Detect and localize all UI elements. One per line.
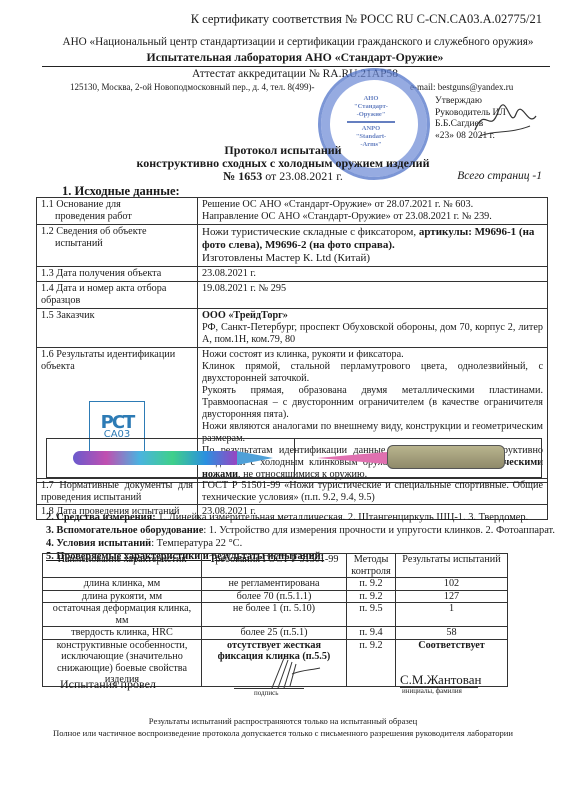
section-2-text: 1. Линейка измерительная металлическая. … [156, 512, 529, 523]
label-text: 1.1 Основание для [41, 199, 121, 210]
section-3-heading: 3. Вспомогательное оборудование [46, 525, 203, 536]
cell-requirement: более 25 (п.5.1) [202, 627, 347, 640]
section-3-text: : 1. Устройство для измерения прочности … [203, 525, 555, 536]
cell-result: 58 [396, 627, 508, 640]
customer-address: РФ, Санкт-Петербург, проспект Обуховской… [202, 322, 543, 346]
cell-requirement: не регламентирована [202, 578, 347, 591]
cell-method: п. 9.2 [347, 639, 396, 686]
customer-name: ООО «ТрейдТорг» [202, 310, 288, 321]
row-value: 23.08.2021 г. [198, 267, 548, 282]
identification-paragraph: Клинок прямой, стальной перламутрового ц… [202, 361, 543, 385]
label-text: 1.2 Сведения об объекте [41, 226, 146, 237]
name-caption: инициалы, фамилия [402, 687, 462, 695]
row-label: 1.3 Дата получения объекта [37, 267, 198, 282]
tested-by-label: Испытания провел [60, 677, 156, 692]
identification-paragraph: Рукоять прямая, образована двумя металли… [202, 385, 543, 421]
footer-note: Результаты испытаний распространяются то… [0, 716, 566, 726]
label-text: проведения работ [41, 211, 193, 223]
laboratory-name: Испытательная лаборатория АНО «Стандарт-… [40, 50, 550, 65]
row-label: 1.1 Основание для проведения работ [37, 198, 198, 225]
row-label: 1.2 Сведения об объекте испытаний [37, 225, 198, 267]
label-text: 1.6 Результаты идентификации объекта [41, 349, 193, 373]
row-value: 19.08.2021 г. № 295 [198, 282, 548, 309]
row-label: 1.4 Дата и номер акта отбора образцов [37, 282, 198, 309]
column-header: Наименование характеристик [43, 554, 202, 578]
section-4-heading: 4. Условия испытаний [46, 538, 151, 549]
table-row: 1.1 Основание для проведения работ Решен… [37, 198, 548, 225]
table-row: 1.7 Нормативные документы для проведения… [37, 479, 548, 505]
column-header: Результаты испытаний [396, 554, 508, 578]
identification-paragraph: Ножи состоят из клинка, рукояти и фиксат… [202, 349, 543, 361]
cell-method: п. 9.2 [347, 578, 396, 591]
footer-note: Полное или частичное воспроизведение про… [0, 728, 566, 738]
row-value: ООО «ТрейдТорг» РФ, Санкт-Петербург, про… [198, 309, 548, 348]
table-row: длина рукояти, мм более 70 (п.5.1.1) п. … [43, 590, 508, 603]
stamp-line: -Оружие" [347, 111, 395, 119]
header-divider [42, 66, 550, 67]
photo-knife-m9696-2 [294, 439, 542, 477]
stamp-line: "Standart- [347, 133, 395, 141]
table-row: 1.3 Дата получения объекта 23.08.2021 г. [37, 267, 548, 282]
table-row: 1.2 Сведения об объекте испытаний Ножи т… [37, 225, 548, 267]
column-header: Методы контроля [347, 554, 396, 578]
email: e-mail: bestguns@yandex.ru [410, 82, 513, 92]
column-header: Требования ГОСТ Р 51501-99 [202, 554, 347, 578]
table-row: остаточная деформация клинка, мм не боле… [43, 603, 508, 627]
knife-handle-icon [387, 445, 505, 469]
cell-name: твердость клинка, HRC [43, 627, 202, 640]
value-text: Решение ОС АНО «Стандарт-Оружие» от 28.0… [202, 199, 543, 211]
row-label: 1.5 Заказчик [37, 309, 198, 348]
cell-requirement: не более 1 (п. 5.10) [202, 603, 347, 627]
table-header-row: Наименование характеристик Требования ГО… [43, 554, 508, 578]
cell-method: п. 9.2 [347, 590, 396, 603]
protocol-number-value: № 1653 [223, 169, 262, 183]
stamp-line: АНО [347, 95, 395, 103]
table-row: длина клинка, мм не регламентирована п. … [43, 578, 508, 591]
value-text: Изготовлены Мастер К. Ltd (Китай) [202, 252, 543, 265]
stamp-bar [347, 121, 395, 123]
address-text: 125130, Москва, 2-ой Новоподмосковный пе… [70, 82, 314, 92]
organization-name: АНО «Национальный центр стандартизации и… [38, 36, 558, 48]
page-count: Всего страниц -1 [457, 170, 542, 182]
stamp-line: ANPO [347, 125, 395, 133]
knife-blade-icon [237, 451, 273, 465]
cell-method: п. 9.5 [347, 603, 396, 627]
row-value: Ножи туристические складные с фиксатором… [198, 225, 548, 267]
section-2: 2. Средства измерения: 1. Линейка измери… [46, 511, 555, 524]
label-text: испытаний [41, 238, 193, 250]
knife-blade-icon [317, 452, 387, 464]
cell-name: остаточная деформация клинка, мм [43, 603, 202, 627]
value-text: Направление ОС АНО «Стандарт-Оружие» от … [202, 211, 543, 223]
row-value: Решение ОС АНО «Стандарт-Оружие» от 28.0… [198, 198, 548, 225]
cell-result: 1 [396, 603, 508, 627]
row-value: ГОСТ Р 51501-99 «Ножи туристические и сп… [198, 479, 548, 505]
signature-caption: подпись [254, 689, 278, 697]
row-label: 1.7 Нормативные документы для проведения… [37, 479, 198, 505]
cell-requirement: более 70 (п.5.1.1) [202, 590, 347, 603]
address: 125130, Москва, 2-ой Новоподмосковный пе… [70, 82, 540, 92]
protocol-date: от 23.08.2021 г. [262, 169, 343, 183]
table-row: твердость клинка, HRC более 25 (п.5.1) п… [43, 627, 508, 640]
cell-name: длина клинка, мм [43, 578, 202, 591]
value-text: Ножи туристические складные с фиксатором… [202, 226, 419, 238]
section-2-heading: 2. Средства измерения: [46, 512, 156, 523]
cell-name: длина рукояти, мм [43, 590, 202, 603]
accreditation: Аттестат аккредитации № RA.RU.21АР58 [40, 68, 550, 80]
cell-result: 102 [396, 578, 508, 591]
photo-knife-m9696-1 [47, 439, 294, 477]
signature-icon [262, 652, 322, 692]
section-3: 3. Вспомогательное оборудование: 1. Устр… [46, 524, 555, 537]
stamp-line: "Стандарт- [347, 103, 395, 111]
cell-method: п. 9.4 [347, 627, 396, 640]
section-4: 4. Условия испытаний: Температура 22 °С. [46, 537, 555, 550]
cell-result: 127 [396, 590, 508, 603]
section-4-text: : Температура 22 °С. [151, 538, 242, 549]
certificate-reference: К сертификату соответствия № РОСС RU C-C… [191, 12, 542, 27]
logo-mark: РСТ [101, 417, 134, 429]
tester-name: С.М.Жантован [400, 672, 482, 688]
knife-photos [46, 438, 542, 478]
table-row: 1.5 Заказчик ООО «ТрейдТорг» РФ, Санкт-П… [37, 309, 548, 348]
knife-handle-icon [73, 451, 239, 465]
table-row: 1.4 Дата и номер акта отбора образцов 19… [37, 282, 548, 309]
signature-icon [470, 100, 540, 140]
